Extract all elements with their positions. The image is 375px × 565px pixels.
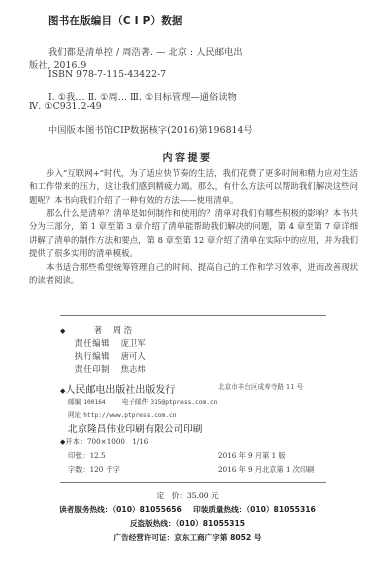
- words-value: 120 千字: [90, 465, 120, 474]
- printing-line: 2016 年 9 月北京第 1 次印刷: [218, 465, 314, 475]
- postcode-value: 100164: [83, 399, 105, 406]
- email-value[interactable]: 315@ptpress.com.cn: [150, 399, 217, 406]
- words-line: 字数：120 千字: [68, 465, 120, 475]
- cip-record-number: 中国版本图书馆CIP数据核字(2016)第196814号: [48, 122, 253, 136]
- format-line: ◆开本：700×1000 1/16: [60, 437, 148, 447]
- printer-name: 北京隆昌伟业印刷有限公司印刷: [68, 421, 202, 435]
- edition-line: 2016 年 9 月第 1 版: [218, 451, 286, 461]
- credit-role: 责任印制: [68, 363, 110, 375]
- publisher-contact-line: 邮编 100164 电子邮件 315@ptpress.com.cn: [68, 396, 217, 406]
- postcode-label: 邮编: [68, 398, 81, 406]
- reader-hotline-label: 读者服务热线：: [59, 505, 112, 514]
- ad-license-line: 广告经营许可证：京东工商广字第 8052 号: [0, 532, 375, 543]
- cip-isbn: ISBN 978-7-115-43422-7: [48, 69, 166, 80]
- format-value: 700×1000 1/16: [87, 437, 148, 446]
- quality-hotline-number: （010）81055316: [246, 505, 316, 514]
- credit-role: 责任编辑: [68, 337, 110, 349]
- publisher-name: 人民邮电出版社出版发行: [65, 385, 175, 396]
- email-label: 电子邮件: [122, 398, 148, 406]
- format-label: 开本：: [65, 437, 87, 446]
- credit-name: 庞卫军: [121, 338, 146, 348]
- summary-paragraph-1: 步入“互联网+”时代，为了适应快节奏的生活，我们花费了更多时间和精力应对生活和工…: [29, 167, 358, 207]
- cip-classification-line-2: Ⅳ. ①C931.2-49: [29, 101, 102, 112]
- credit-row: 执行编辑 唐可人: [68, 350, 146, 362]
- quality-hotline-label: 印装质量热线：: [193, 505, 246, 514]
- author-name: 周 浩: [113, 325, 132, 335]
- summary-title: 内容提要: [0, 149, 375, 164]
- website-label: 网址: [68, 411, 81, 419]
- author-role: 著: [68, 324, 102, 336]
- price-line: 定 价：35.00 元: [0, 490, 375, 501]
- website-link[interactable]: http://www.ptpress.com.cn: [83, 412, 176, 419]
- diamond-bullet-icon: ◆: [60, 327, 65, 335]
- antipiracy-number: （010）81055315: [176, 519, 246, 528]
- price-label: 定 价：: [156, 491, 186, 500]
- antipiracy-line: 反盗版热线：（010）81055315: [0, 518, 375, 529]
- summary-paragraph-2: 那么什么是清单？清单是如何制作和使用的？清单对我们有哪些积极的影响？本书共分为三…: [29, 207, 358, 261]
- credit-name: 焦志炜: [121, 364, 146, 374]
- publisher-website-line: 网址 http://www.ptpress.com.cn: [68, 409, 176, 419]
- sheets-label: 印张：: [68, 451, 90, 460]
- credit-role: 执行编辑: [68, 350, 110, 362]
- publisher-address: 北京市丰台区成寿寺路 11 号: [218, 381, 303, 391]
- credit-author-row: ◆ 著 周 浩: [60, 324, 132, 336]
- credit-row: 责任编辑 庞卫军: [68, 337, 146, 349]
- credit-name: 唐可人: [121, 351, 146, 361]
- top-divider: [60, 315, 326, 316]
- cip-title: 图书在版编目（C I P）数据: [48, 13, 183, 28]
- hotline-line: 读者服务热线：（010）81055656 印装质量热线：（010）8105531…: [0, 504, 375, 515]
- price-value: 35.00 元: [187, 491, 219, 500]
- summary-paragraph-3: 本书适合那些希望统筹管理自己的时间、提高自己的工作和学习效率，进而改善现状的读者…: [29, 261, 358, 288]
- publisher-line: ◆人民邮电出版社出版发行: [60, 378, 175, 397]
- sheets-line: 印张：12.5: [68, 451, 106, 461]
- ad-license-value: 京东工商广字第 8052 号: [174, 533, 261, 542]
- bottom-divider: [60, 482, 326, 483]
- antipiracy-label: 反盗版热线：: [130, 519, 176, 528]
- cip-bibliographic-line-1: 我们都是清单控 / 周浩著. — 北京 : 人民邮电出: [48, 44, 243, 58]
- sheets-value: 12.5: [90, 451, 106, 460]
- credit-row: 责任印制 焦志炜: [68, 363, 146, 375]
- ad-license-label: 广告经营许可证：: [114, 533, 175, 542]
- words-label: 字数：: [68, 465, 90, 474]
- reader-hotline-number: （010）81055656: [112, 505, 182, 514]
